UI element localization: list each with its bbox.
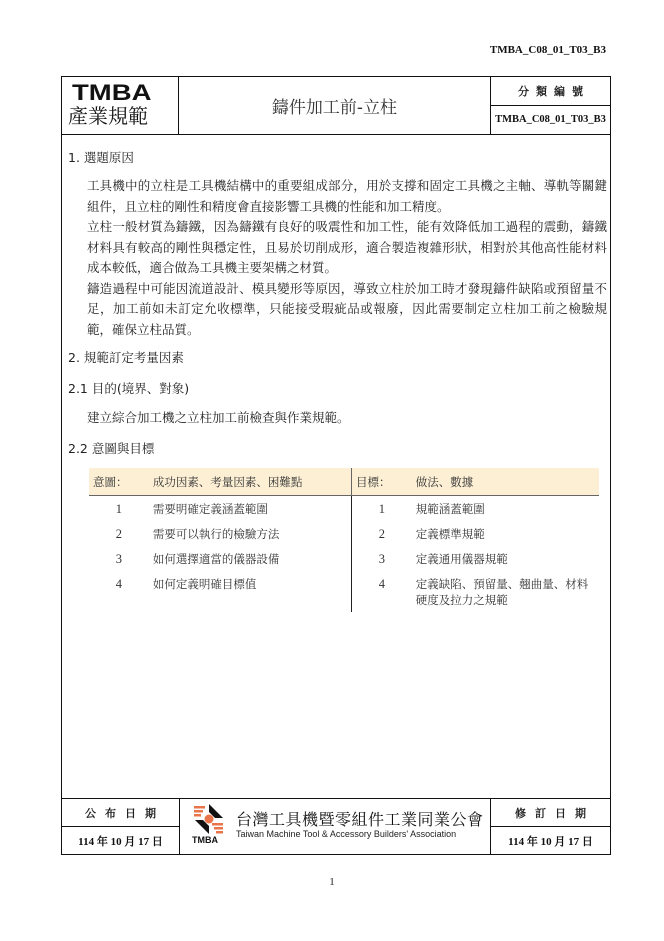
revise-date-value: 114 年 10 月 17 日 <box>491 827 610 854</box>
intent-goal-table: 意圖： 成功因素、考量因素、困難點 目標： 做法、數據 1 需要明確定義涵蓋範圍… <box>89 468 599 612</box>
table-row: 2 需要可以執行的檢驗方法 2 定義標準規範 <box>89 521 599 546</box>
document-code-top: TMBA_C08_01_T03_B3 <box>490 44 606 56</box>
goal-text: 定義標準規範 <box>412 521 599 546</box>
header-goal-desc: 做法、數據 <box>412 468 599 496</box>
table-row: 3 如何選擇適當的儀器設備 3 定義通用儀器規範 <box>89 546 599 571</box>
document-footer: 公布日期 114 年 10 月 17 日 TMBA 台灣工具機暨零組件工業同業公… <box>62 798 610 855</box>
revise-date-box: 修訂日期 114 年 10 月 17 日 <box>490 799 610 855</box>
table-row: 4 如何定義明確目標值 4 定義缺陷、預留量、翹曲量、材料硬度及拉力之規範 <box>89 571 599 612</box>
section-2-2-heading: 2.2 意圖與目標 <box>68 439 154 457</box>
goal-text: 定義通用儀器規範 <box>412 546 599 571</box>
revise-date-label: 修訂日期 <box>491 799 610 827</box>
header-goal-num: 目標： <box>351 468 411 496</box>
association-name-zh: 台灣工具機暨零組件工業同業公會 <box>236 807 484 830</box>
intent-text: 需要可以執行的檢驗方法 <box>149 521 352 546</box>
intent-number: 4 <box>89 571 149 612</box>
intent-number: 1 <box>89 496 149 522</box>
classification-box: 分類編號 TMBA_C08_01_T03_B3 <box>490 77 610 134</box>
header-intent-desc: 成功因素、考量因素、困難點 <box>149 468 352 496</box>
intent-text: 需要明確定義涵蓋範圍 <box>149 496 352 522</box>
intent-number: 2 <box>89 521 149 546</box>
goal-number: 2 <box>351 521 411 546</box>
publish-date-box: 公布日期 114 年 10 月 17 日 <box>62 799 180 855</box>
page-number: 1 <box>0 876 664 888</box>
document-title: 鑄件加工前-立柱 <box>179 77 490 134</box>
logo-text-zh: 產業規範 <box>68 104 148 128</box>
publish-date-label: 公布日期 <box>62 799 179 827</box>
table-row: 1 需要明確定義涵蓋範圍 1 規範涵蓋範圍 <box>89 496 599 522</box>
intent-number: 3 <box>89 546 149 571</box>
logo-text-en: TMBA <box>72 82 151 104</box>
section-1-body: 工具機中的立柱是工具機結構中的重要組成部分，用於支撐和固定工具機之主軸、導軌等關… <box>87 176 607 340</box>
intent-text: 如何選擇適當的儀器設備 <box>149 546 352 571</box>
intent-text: 如何定義明確目標值 <box>149 571 352 612</box>
paragraph: 工具機中的立柱是工具機結構中的重要組成部分，用於支撐和固定工具機之主軸、導軌等關… <box>87 176 607 217</box>
tmba-logo: TMBA 產業規範 <box>62 77 179 134</box>
section-2-1-heading: 2.1 目的(境界、對象) <box>68 379 189 397</box>
header-intent-num: 意圖： <box>89 468 149 496</box>
emblem-text: TMBA <box>192 835 218 845</box>
association-name-en: Taiwan Machine Tool & Accessory Builders… <box>236 829 456 839</box>
goal-number: 4 <box>351 571 411 612</box>
goal-text: 規範涵蓋範圍 <box>412 496 599 522</box>
paragraph: 立柱一般材質為鑄鐵，因為鑄鐵有良好的吸震性和加工性，能有效降低加工過程的震動，鑄… <box>87 217 607 279</box>
association-banner: TMBA 台灣工具機暨零組件工業同業公會 Taiwan Machine Tool… <box>180 799 490 855</box>
goal-number: 3 <box>351 546 411 571</box>
table-header-row: 意圖： 成功因素、考量因素、困難點 目標： 做法、數據 <box>89 468 599 496</box>
document-header: TMBA 產業規範 鑄件加工前-立柱 分類編號 TMBA_C08_01_T03_… <box>62 77 610 135</box>
paragraph: 鑄造過程中可能因流道設計、模具變形等原因，導致立柱於加工時才發現鑄件缺陷或預留量… <box>87 279 607 341</box>
publish-date-value: 114 年 10 月 17 日 <box>62 827 179 854</box>
section-1-heading: 1. 選題原因 <box>68 148 134 166</box>
goal-text: 定義缺陷、預留量、翹曲量、材料硬度及拉力之規範 <box>412 571 599 612</box>
classification-label: 分類編號 <box>491 77 610 106</box>
section-2-heading: 2. 規範訂定考量因素 <box>68 348 184 366</box>
document-frame: TMBA 產業規範 鑄件加工前-立柱 分類編號 TMBA_C08_01_T03_… <box>61 76 611 855</box>
section-2-1-body: 建立綜合加工機之立柱加工前檢查與作業規範。 <box>87 408 607 429</box>
classification-code: TMBA_C08_01_T03_B3 <box>491 106 610 133</box>
goal-number: 1 <box>351 496 411 522</box>
